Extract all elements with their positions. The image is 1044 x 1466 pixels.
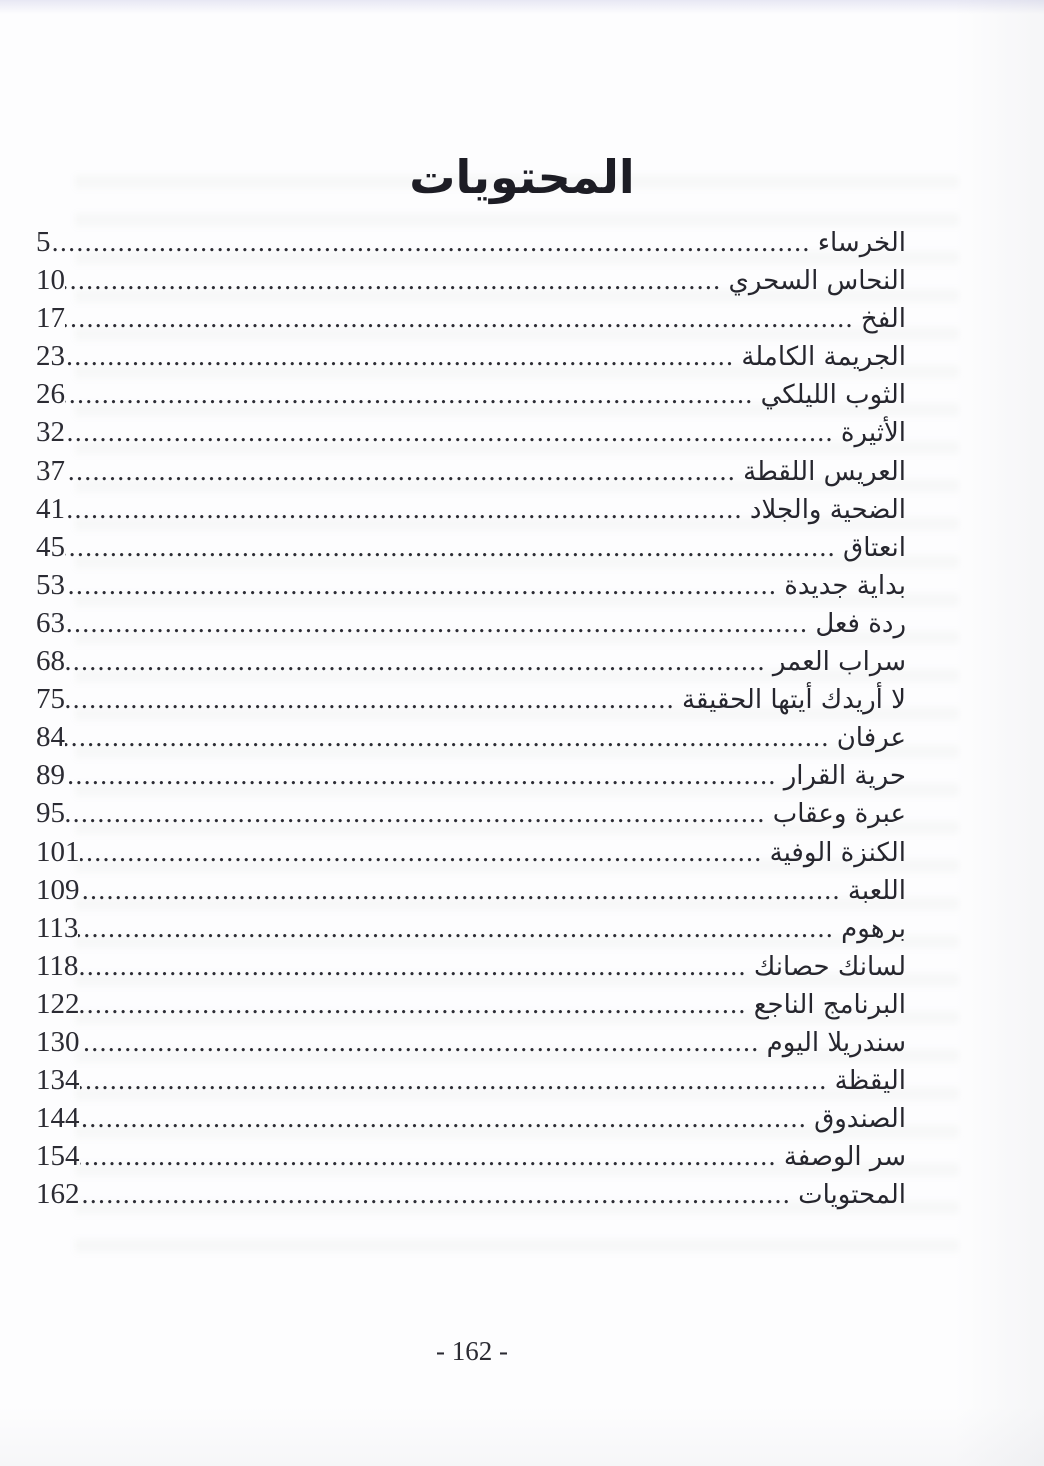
toc-entry-page-number: 109	[36, 871, 80, 909]
toc-entry-page-number: 154	[36, 1137, 80, 1175]
dot-leader	[65, 718, 830, 756]
toc-entry: عبرة وعقاب 95	[36, 794, 906, 832]
toc-entry: الضحية والجلاد 41	[36, 490, 906, 528]
dot-leader	[80, 1099, 808, 1137]
toc-entry: الكنزة الوفية 101	[36, 833, 906, 871]
dot-leader	[78, 947, 746, 985]
dot-leader	[80, 871, 841, 909]
dot-leader	[65, 528, 836, 566]
toc-entry-title: المحتويات	[791, 1176, 906, 1214]
dot-leader	[65, 452, 736, 490]
toc-entry-title: اللعبة	[841, 872, 906, 910]
dot-leader	[80, 1061, 828, 1099]
toc-entry-title: برهوم	[834, 910, 906, 948]
toc-entry-title: النحاس السحري	[721, 262, 906, 300]
toc-entry-title: لسانك حصانك	[747, 948, 906, 986]
toc-entry: النحاس السحري 10	[36, 261, 906, 299]
toc-entry: سندريلا اليوم 130	[36, 1023, 906, 1061]
dot-leader	[80, 985, 747, 1023]
toc-entry-title: انعتاق	[836, 529, 906, 567]
toc-entry-title: بداية جديدة	[777, 567, 906, 605]
toc-entry-page-number: 53	[36, 566, 65, 604]
toc-entry: عرفان 84	[36, 718, 906, 756]
dot-leader	[51, 223, 811, 261]
toc-entry-page-number: 113	[36, 909, 78, 947]
toc-entry-page-number: 23	[36, 337, 65, 375]
toc-entry-title: الضحية والجلاد	[743, 491, 906, 529]
toc-entry: سر الوصفة 154	[36, 1137, 906, 1175]
dot-leader	[65, 337, 734, 375]
scanned-book-page: المحتويات الخرساء 5 النحاس السحري 10 الف…	[0, 0, 1044, 1466]
toc-entry-page-number: 68	[36, 642, 65, 680]
toc-entry: المحتويات 162	[36, 1175, 906, 1213]
dot-leader	[80, 833, 763, 871]
toc-entry-title: الخرساء	[811, 224, 906, 262]
toc-entry-page-number: 37	[36, 452, 65, 490]
toc-entry: الثوب الليلكي 26	[36, 375, 906, 413]
toc-entry-title: الصندوق	[807, 1100, 906, 1138]
dot-leader	[65, 680, 675, 718]
toc-entry-page-number: 5	[36, 223, 51, 261]
dot-leader	[65, 794, 766, 832]
dot-leader	[65, 261, 721, 299]
dot-leader	[80, 1023, 760, 1061]
toc-entry-page-number: 89	[36, 756, 65, 794]
toc-entry: سراب العمر 68	[36, 642, 906, 680]
dot-leader	[65, 566, 777, 604]
toc-entry-title: سندريلا اليوم	[760, 1024, 906, 1062]
dot-leader	[65, 299, 854, 337]
toc-entry-title: ردة فعل	[808, 605, 906, 643]
toc-entry: البرنامج الناجع 122	[36, 985, 906, 1023]
toc-entry-page-number: 10	[36, 261, 65, 299]
dot-leader	[80, 1137, 777, 1175]
toc-entry-title: الكنزة الوفية	[763, 834, 906, 872]
toc-entry-page-number: 63	[36, 604, 65, 642]
dot-leader	[80, 1175, 792, 1213]
toc-entry: بداية جديدة 53	[36, 566, 906, 604]
toc-entry-title: اليقظة	[828, 1062, 906, 1100]
toc-entry: لا أريدك أيتها الحقيقة 75	[36, 680, 906, 718]
toc-entry-title: حرية القرار	[777, 757, 906, 795]
toc-entry-page-number: 41	[36, 490, 65, 528]
toc-entry-title: البرنامج الناجع	[747, 986, 906, 1024]
toc-entry: الأثيرة 32	[36, 413, 906, 451]
toc-entry: الصندوق 144	[36, 1099, 906, 1137]
toc-entry-page-number: 84	[36, 718, 65, 756]
toc-list: الخرساء 5 النحاس السحري 10 الفخ 17 الجري…	[36, 223, 906, 1213]
toc-entry-page-number: 101	[36, 833, 80, 871]
toc-entry-title: الثوب الليلكي	[754, 376, 906, 414]
toc-entry-page-number: 162	[36, 1175, 80, 1213]
toc-entry-page-number: 130	[36, 1023, 80, 1061]
toc-entry-title: سراب العمر	[766, 643, 906, 681]
toc-entry-page-number: 122	[36, 985, 80, 1023]
toc-entry-page-number: 17	[36, 299, 65, 337]
toc-entry-page-number: 45	[36, 528, 65, 566]
page-number-footer: - 162 -	[0, 1336, 994, 1367]
toc-entry: انعتاق 45	[36, 528, 906, 566]
dot-leader	[65, 642, 766, 680]
toc-entry-page-number: 95	[36, 794, 65, 832]
toc-entry-page-number: 134	[36, 1061, 80, 1099]
toc-entry-page-number: 118	[36, 947, 78, 985]
toc-entry-title: الفخ	[854, 300, 906, 338]
toc-entry: الفخ 17	[36, 299, 906, 337]
toc-entry-title: الأثيرة	[834, 414, 906, 452]
toc-entry: العريس اللقطة 37	[36, 452, 906, 490]
toc-entry: لسانك حصانك 118	[36, 947, 906, 985]
toc-entry-title: لا أريدك أيتها الحقيقة	[675, 681, 906, 719]
toc-entry-title: عبرة وعقاب	[766, 795, 906, 833]
toc-entry: ردة فعل 63	[36, 604, 906, 642]
dot-leader	[65, 756, 777, 794]
toc-entry: الجريمة الكاملة 23	[36, 337, 906, 375]
toc-entry-title: عرفان	[830, 719, 906, 757]
dot-leader	[65, 604, 808, 642]
toc-entry-page-number: 144	[36, 1099, 80, 1137]
toc-entry-title: الجريمة الكاملة	[734, 338, 906, 376]
toc-entry-page-number: 32	[36, 413, 65, 451]
toc-entry: الخرساء 5	[36, 223, 906, 261]
toc-entry: اللعبة 109	[36, 871, 906, 909]
page-title: المحتويات	[0, 150, 1044, 204]
scan-edge-shade-bottom	[0, 1406, 1044, 1466]
toc-entry-title: سر الوصفة	[777, 1138, 906, 1176]
toc-entry-page-number: 26	[36, 375, 65, 413]
toc-entry-title: العريس اللقطة	[736, 453, 906, 491]
toc-entry: حرية القرار 89	[36, 756, 906, 794]
dot-leader	[78, 909, 834, 947]
toc-entry-page-number: 75	[36, 680, 65, 718]
dot-leader	[65, 490, 743, 528]
dot-leader	[65, 413, 834, 451]
dot-leader	[65, 375, 754, 413]
toc-entry: اليقظة 134	[36, 1061, 906, 1099]
toc-entry: برهوم 113	[36, 909, 906, 947]
scan-edge-shade-right	[954, 0, 1044, 1466]
